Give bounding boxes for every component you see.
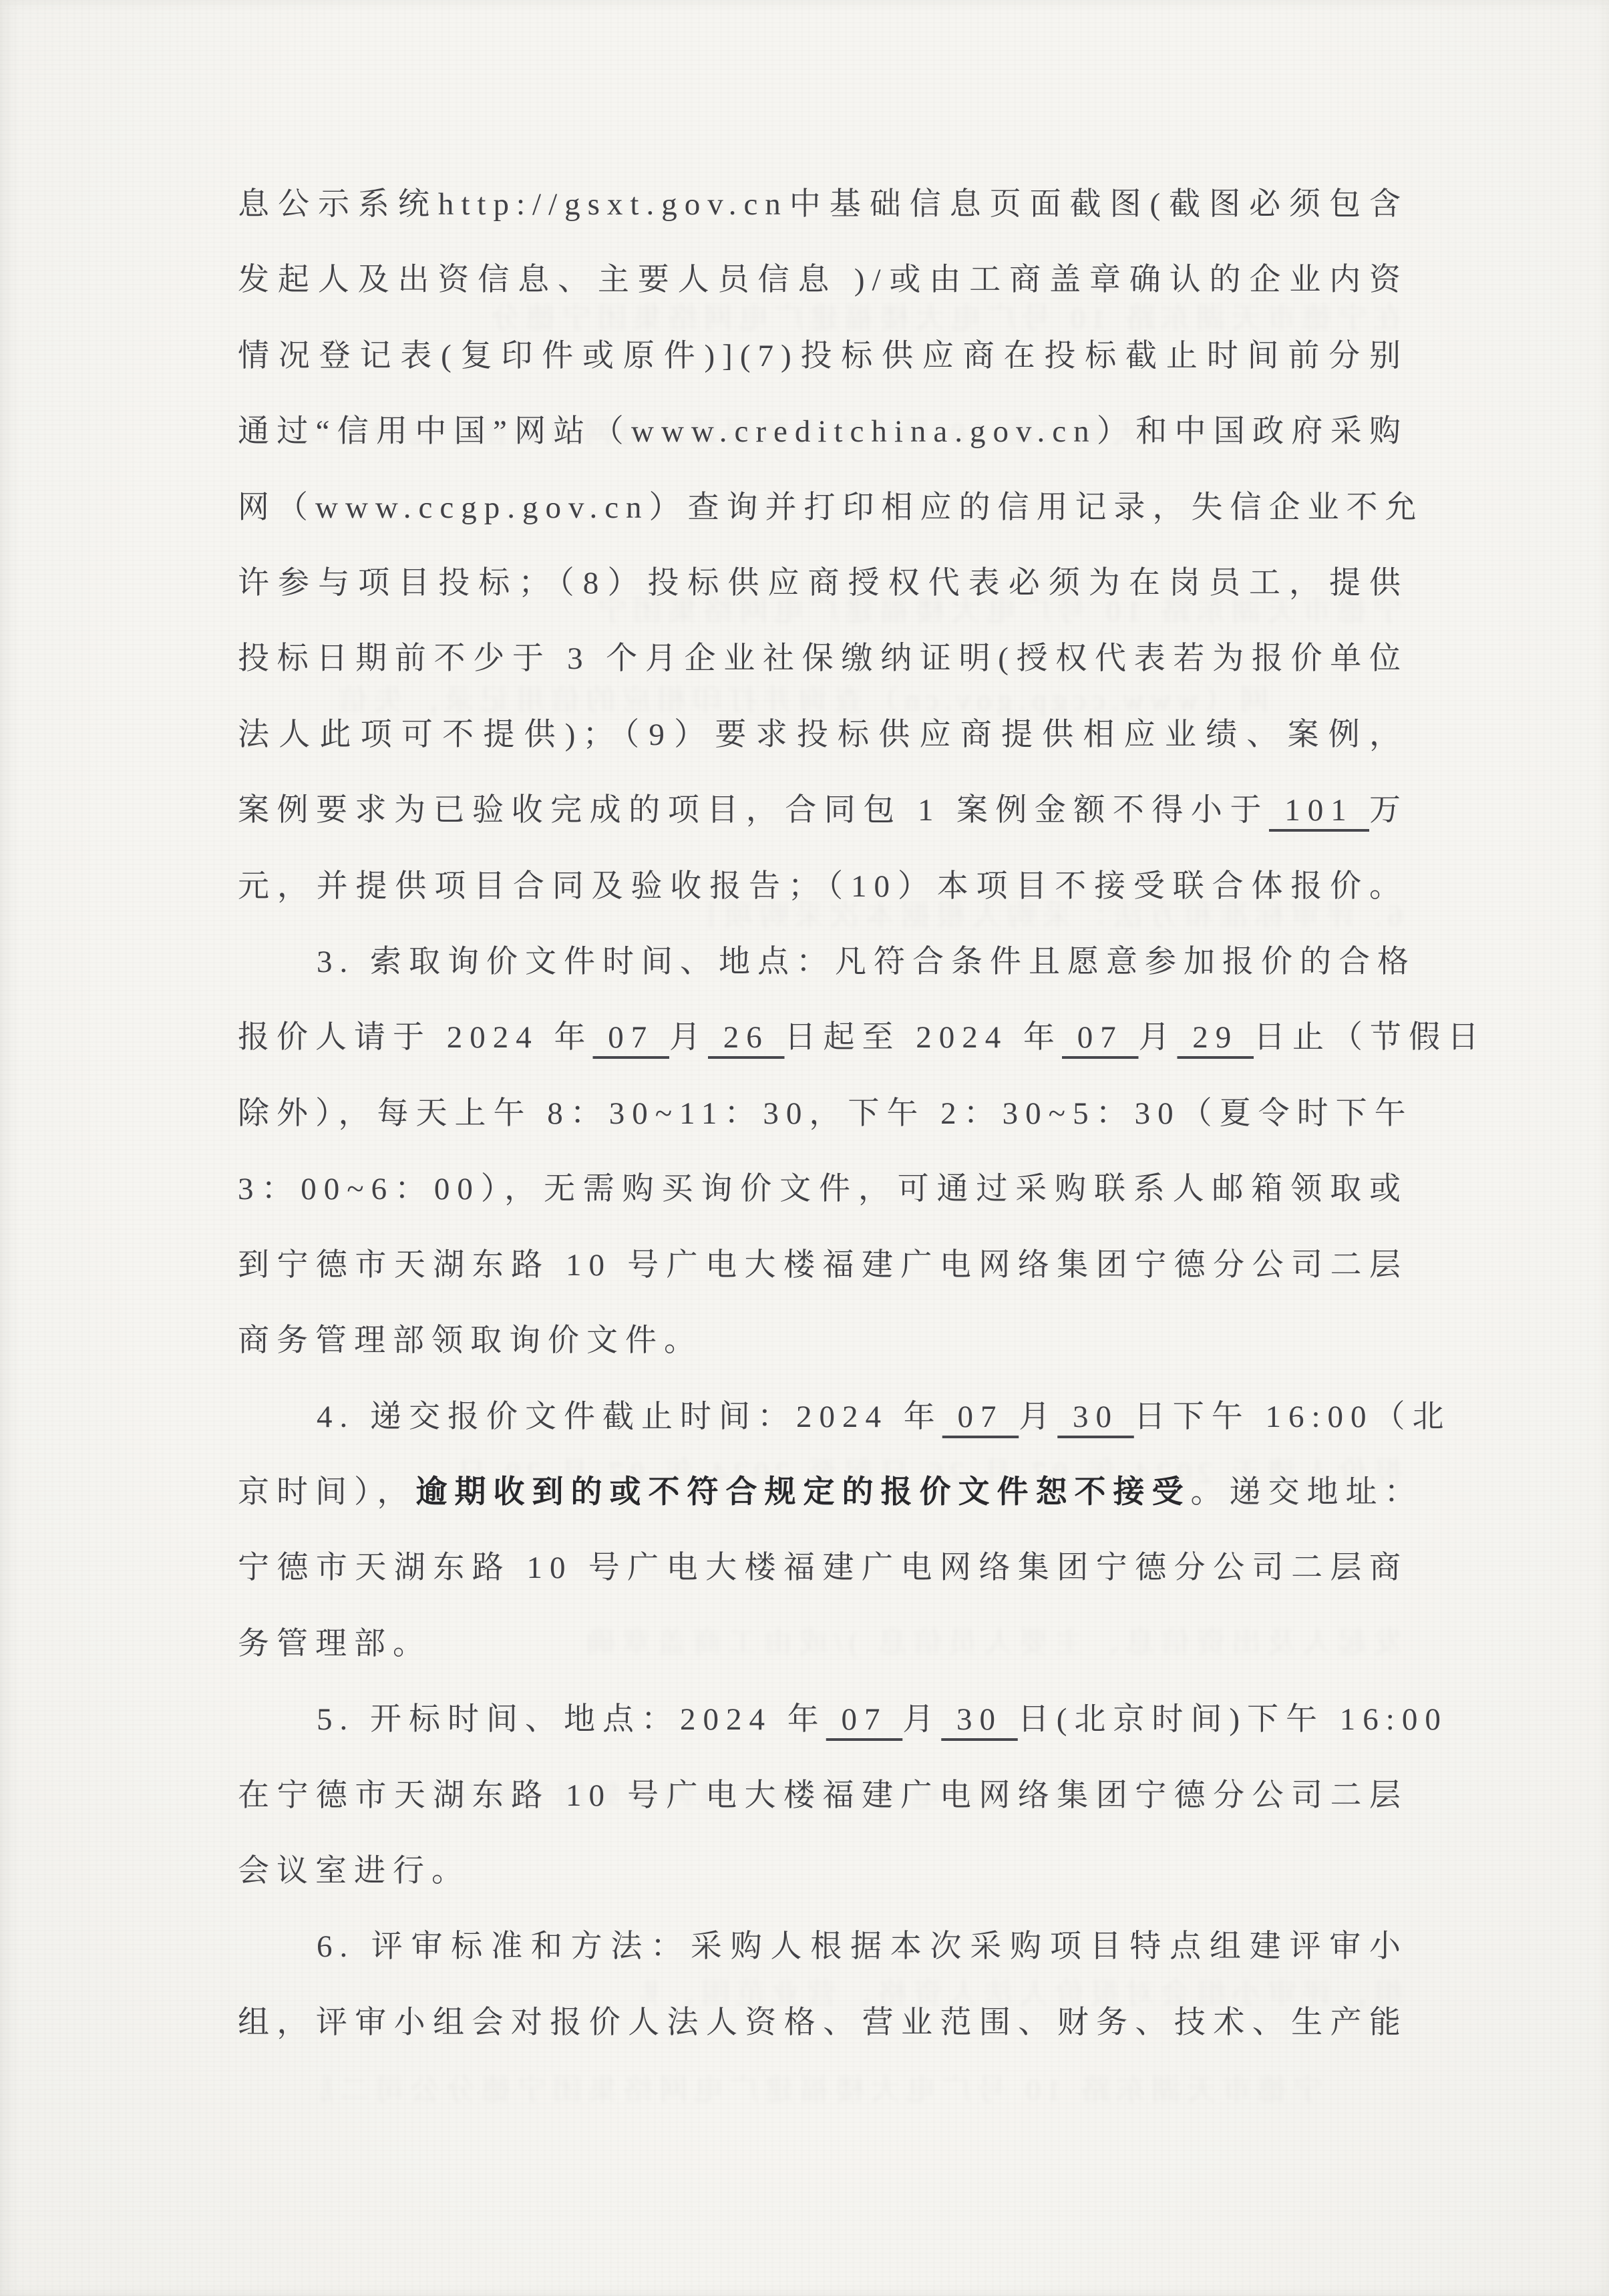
text-run: 商务管理部领取询价文件。 [238,1323,703,1358]
text-line: 案例要求为已验收完成的项目，合同包 1 案例金额不得小于 101 万 [238,773,1408,848]
text-run: 情况登记表(复印件或原件)](7)投标供应商在投标截止时间前分别 [238,339,1408,373]
text-line: 6. 评审标准和方法：采购人根据本次采购项目特点组建评审小 [238,1909,1408,1985]
text-run: 。递交地址： [1191,1475,1423,1510]
text-run: 案例要求为已验收完成的项目，合同包 1 案例金额不得小于 [238,793,1269,828]
bleedthrough-artifact: 宁德市天湖东路 10 号广电大楼福建广电网络集团宁德分公司二层商 [321,2066,1322,2108]
text-line: 在宁德市天湖东路 10 号广电大楼福建广电网络集团宁德分公司二层 [238,1758,1408,1834]
underlined-value: 26 [708,1020,785,1055]
text-line: 许参与项目投标；（8）投标供应商授权代表必须为在岗员工，提供 [238,546,1408,621]
underlined-value: 07 [826,1702,903,1737]
text-run: 网（www.ccgp.gov.cn）查询并打印相应的信用记录，失信企业不允 [238,490,1424,525]
text-line: 报价人请于 2024 年 07 月 26 日起至 2024 年 07 月 29 … [238,1000,1408,1076]
text-line: 京时间），逾期收到的或不符合规定的报价文件恕不接受。递交地址： [238,1455,1408,1530]
text-run: 许参与项目投标；（8）投标供应商授权代表必须为在岗员工，提供 [238,566,1408,601]
text-line: 通过“信用中国”网站（www.creditchina.gov.cn）和中国政府采… [238,394,1408,470]
text-line: 4. 递交报价文件截止时间：2024 年 07 月 30 日下午 16:00（北 [238,1379,1408,1455]
text-run: 月 [1139,1020,1178,1055]
text-line: 务管理部。 [238,1607,1408,1682]
underlined-value: 30 [941,1702,1018,1737]
text-run: 3：00~6：00），无需购买询价文件，可通过采购联系人邮箱领取或 [238,1172,1408,1206]
text-run: 日下午 16:00（北 [1134,1400,1451,1434]
text-run: 在宁德市天湖东路 10 号广电大楼福建广电网络集团宁德分公司二层 [238,1778,1408,1813]
underlined-value: 07 [593,1020,670,1055]
text-run: 5. 开标时间、地点：2024 年 [317,1702,826,1737]
text-run: 到宁德市天湖东路 10 号广电大楼福建广电网络集团宁德分公司二层 [238,1248,1408,1283]
bold-emphasis: 逾期收到的或不符合规定的报价文件恕不接受 [416,1475,1191,1510]
text-run: 发起人及出资信息、主要人员信息 )/或由工商盖章确认的企业内资 [238,263,1408,297]
text-run: 日止（节假日 [1254,1020,1486,1055]
document-text-block: 息公示系统http://gsxt.gov.cn中基础信息页面截图(截图必须包含发… [238,167,1408,2061]
text-run: 4. 递交报价文件截止时间：2024 年 [317,1400,942,1434]
text-line: 息公示系统http://gsxt.gov.cn中基础信息页面截图(截图必须包含 [238,167,1408,242]
underlined-value: 07 [1062,1020,1139,1055]
text-run: 3. 索取询价文件时间、地点：凡符合条件且愿意参加报价的合格 [317,945,1416,979]
text-run: 元，并提供项目合同及验收报告；（10）本项目不接受联合体报价。 [238,869,1408,904]
underlined-value: 29 [1178,1020,1254,1055]
text-run: 息公示系统http://gsxt.gov.cn中基础信息页面截图(截图必须包含 [238,187,1408,222]
text-line: 元，并提供项目合同及验收报告；（10）本项目不接受联合体报价。 [238,849,1408,925]
text-line: 情况登记表(复印件或原件)](7)投标供应商在投标截止时间前分别 [238,319,1408,394]
underlined-value: 30 [1057,1400,1134,1434]
text-run: 组，评审小组会对报价人法人资格、营业范围、财务、技术、生产能 [238,2005,1408,2040]
text-line: 会议室进行。 [238,1834,1408,1909]
text-line: 商务管理部领取询价文件。 [238,1303,1408,1379]
underlined-value: 101 [1269,793,1369,828]
text-line: 网（www.ccgp.gov.cn）查询并打印相应的信用记录，失信企业不允 [238,470,1408,546]
text-run: 除外），每天上午 8：30~11：30，下午 2：30~5：30（夏令时下午 [238,1096,1413,1131]
text-line: 宁德市天湖东路 10 号广电大楼福建广电网络集团宁德分公司二层商 [238,1530,1408,1606]
text-line: 投标日期前不少于 3 个月企业社保缴纳证明(授权代表若为报价单位 [238,621,1408,697]
text-line: 3. 索取询价文件时间、地点：凡符合条件且愿意参加报价的合格 [238,925,1408,1000]
text-run: 通过“信用中国”网站（www.creditchina.gov.cn）和中国政府采… [238,414,1408,449]
text-run: 投标日期前不少于 3 个月企业社保缴纳证明(授权代表若为报价单位 [238,641,1408,676]
text-run: 务管理部。 [238,1627,431,1661]
document-page: 在宁德市天湖东路 10 号广电大楼福建广电网络集团宁德分公司二层到宁德市天湖东路… [0,0,1609,2296]
text-run: 月 [669,1020,708,1055]
text-line: 3：00~6：00），无需购买询价文件，可通过采购联系人邮箱领取或 [238,1152,1408,1227]
text-line: 5. 开标时间、地点：2024 年 07 月 30 日(北京时间)下午 16:0… [238,1682,1408,1758]
underlined-value: 07 [942,1400,1019,1434]
text-line: 发起人及出资信息、主要人员信息 )/或由工商盖章确认的企业内资 [238,242,1408,318]
text-run: 宁德市天湖东路 10 号广电大楼福建广电网络集团宁德分公司二层商 [238,1550,1408,1585]
text-run: 法人此项可不提供)；（9）要求投标供应商提供相应业绩、案例， [238,717,1408,752]
text-run: 月 [1019,1400,1057,1434]
text-run: 万 [1369,793,1408,828]
text-line: 到宁德市天湖东路 10 号广电大楼福建广电网络集团宁德分公司二层 [238,1228,1408,1303]
text-run: 月 [902,1702,941,1737]
text-run: 报价人请于 2024 年 [238,1020,593,1055]
text-run: 6. 评审标准和方法：采购人根据本次采购项目特点组建评审小 [317,1929,1408,1964]
text-run: 日(北京时间)下午 16:00 [1018,1702,1448,1737]
text-run: 会议室进行。 [238,1854,470,1889]
text-run: 日起至 2024 年 [785,1020,1063,1055]
text-line: 组，评审小组会对报价人法人资格、营业范围、财务、技术、生产能 [238,1985,1408,2061]
text-line: 法人此项可不提供)；（9）要求投标供应商提供相应业绩、案例， [238,697,1408,773]
text-run: 京时间）， [238,1475,416,1510]
text-line: 除外），每天上午 8：30~11：30，下午 2：30~5：30（夏令时下午 [238,1076,1408,1152]
